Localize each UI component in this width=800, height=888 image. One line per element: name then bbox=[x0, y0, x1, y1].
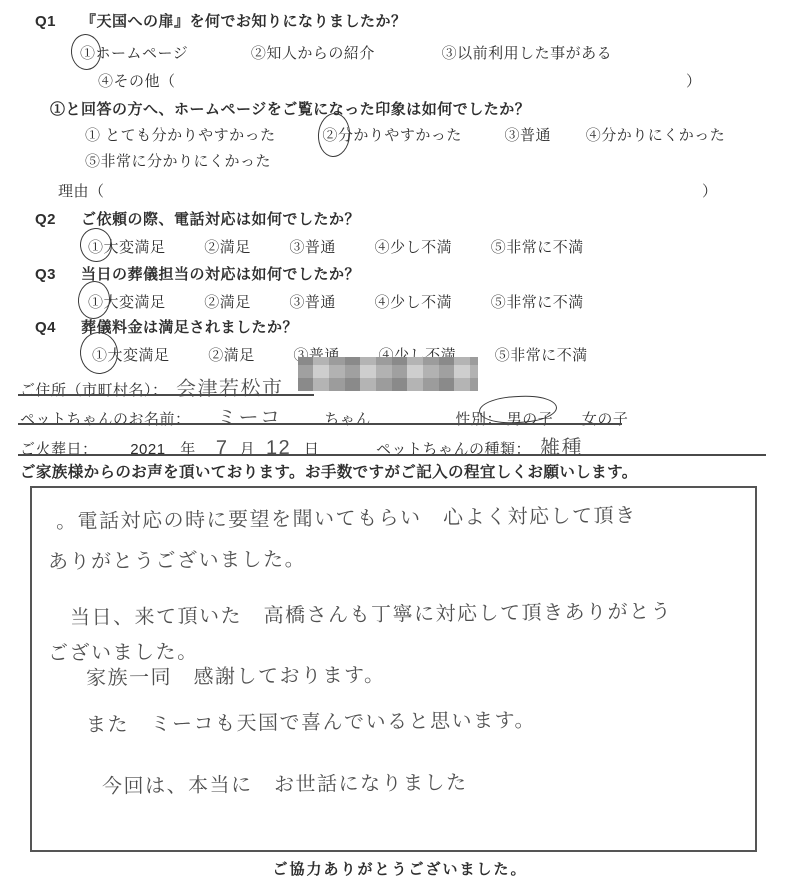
comment-line-1: 。電話対応の時に要望を聞いてもらい 心よく対応して頂き bbox=[56, 499, 637, 534]
q3-answer-circle bbox=[76, 279, 112, 320]
q2-options-row: ①大変満足 ②満足 ③普通 ④少し不満 ⑤非常に不満 bbox=[88, 236, 584, 257]
q2-option-3: ③普通 bbox=[289, 236, 336, 257]
address-row: ご住所（市町村名）： 会津若松市 bbox=[20, 372, 284, 401]
address-label: ご住所（市町村名）： bbox=[20, 382, 168, 399]
survey-scan-page: Q1『天国への扉』を何でお知りになりましたか？ ①ホームページ ②知人からの紹介… bbox=[0, 0, 800, 888]
cremation-month-handwritten: 7 bbox=[216, 437, 229, 460]
q4-option-5: ⑤非常に不満 bbox=[495, 344, 588, 365]
q1-option-3: ③以前利用した事がある bbox=[442, 42, 613, 63]
pet-name-handwritten: ミーコ bbox=[217, 401, 282, 431]
comment-line-5: 家族一同 感謝しております。 bbox=[86, 658, 386, 690]
q3-option-5: ⑤非常に不満 bbox=[491, 291, 584, 312]
q1-option-2: ②知人からの紹介 bbox=[251, 42, 375, 63]
q2-answer-circle bbox=[78, 226, 113, 263]
comment-line-6: また ミーコも天国で喜んでいると思います。 bbox=[86, 704, 536, 738]
q1b-option-3: ③普通 bbox=[505, 124, 552, 145]
address-redaction-blur bbox=[298, 357, 478, 391]
q3-option-2: ②満足 bbox=[204, 291, 251, 312]
comment-line-2: ありがとうございました。 bbox=[48, 543, 306, 575]
q1-options-row1: ①ホームページ ②知人からの紹介 ③以前利用した事がある bbox=[80, 42, 612, 63]
q4-question: 葬儀料金は満足されましたか？ bbox=[81, 319, 298, 336]
q1-question: 『天国への扉』を何でお知りになりましたか？ bbox=[81, 13, 407, 30]
q3-option-4: ④少し不満 bbox=[375, 291, 453, 312]
comment-line-3: 当日、来て頂いた 高橋さんも丁寧に対応して頂きありがとう bbox=[70, 595, 672, 630]
q4-heading: Q4葬儀料金は満足されましたか？ bbox=[35, 316, 298, 337]
pet-name-label: ペットちゃんのお名前： bbox=[20, 411, 191, 428]
cremation-day-handwritten: 12 bbox=[266, 437, 291, 460]
q2-option-4: ④少し不満 bbox=[375, 236, 453, 257]
q1b-option-5-row: ⑤非常に分かりにくかった bbox=[85, 150, 271, 171]
pet-row-underline bbox=[18, 423, 622, 425]
q3-number: Q3 bbox=[35, 266, 81, 283]
q2-option-2: ②満足 bbox=[204, 236, 251, 257]
comment-box: 。電話対応の時に要望を聞いてもらい 心よく対応して頂き ありがとうございました。… bbox=[30, 486, 757, 852]
q3-question: 当日の葬儀担当の対応は如何でしたか？ bbox=[81, 266, 360, 283]
comment-line-7: 今回は、本当に お世話になりました bbox=[102, 766, 468, 799]
q2-heading: Q2ご依頼の際、電話対応は如何でしたか？ bbox=[35, 208, 360, 229]
q3-options-row: ①大変満足 ②満足 ③普通 ④少し不満 ⑤非常に不満 bbox=[88, 291, 584, 312]
q1-number: Q1 bbox=[35, 13, 81, 30]
q2-number: Q2 bbox=[35, 211, 81, 228]
q2-option-5: ⑤非常に不満 bbox=[491, 236, 584, 257]
reason-close-paren: ） bbox=[702, 180, 717, 201]
q4-option-2: ②満足 bbox=[208, 344, 255, 365]
q4-number: Q4 bbox=[35, 319, 81, 336]
q1b-option-1: ① とても分かりやすかった bbox=[85, 124, 276, 145]
address-value-handwritten: 会津若松市 bbox=[176, 371, 284, 401]
q1b-options-row: ① とても分かりやすかった ②分かりやすかった ③普通 ④分かりにくかった bbox=[85, 124, 725, 145]
reason-row: 理由（ bbox=[58, 180, 105, 201]
reason-label: 理由（ bbox=[58, 183, 105, 200]
q1-option-4: ④その他（ bbox=[98, 73, 176, 90]
q1b-option-4: ④分かりにくかった bbox=[586, 124, 726, 145]
family-voice-notice: ご家族様からのお声を頂いております。お手数ですがご記入の程宜しくお願いします。 bbox=[20, 460, 638, 482]
family-voice-notice-text: ご家族様からのお声を頂いております。お手数ですがご記入の程宜しくお願いします。 bbox=[20, 464, 638, 481]
q1b-intro-text: ①と回答の方へ、ホームページをご覧になった印象は如何でしたか？ bbox=[50, 101, 530, 118]
q3-option-3: ③普通 bbox=[289, 291, 336, 312]
q1b-intro: ①と回答の方へ、ホームページをご覧になった印象は如何でしたか？ bbox=[50, 98, 530, 119]
footer-thanks: ご協力ありがとうございました。 bbox=[0, 858, 800, 879]
gender-option-female: 女の子 bbox=[582, 411, 629, 428]
q1-other-close-paren: ） bbox=[686, 70, 701, 91]
pet-name-suffix: ちゃん bbox=[324, 411, 371, 428]
q1-option-other: ④その他（ bbox=[98, 70, 176, 91]
address-underline bbox=[18, 394, 314, 396]
q1-heading: Q1『天国への扉』を何でお知りになりましたか？ bbox=[35, 10, 407, 31]
cremation-row-underline bbox=[18, 454, 766, 456]
q1b-option-5: ⑤非常に分かりにくかった bbox=[85, 153, 271, 170]
q2-question: ご依頼の際、電話対応は如何でしたか？ bbox=[81, 211, 360, 228]
footer-thanks-text: ご協力ありがとうございました。 bbox=[272, 861, 527, 878]
q1-answer-circle bbox=[69, 33, 103, 72]
q3-heading: Q3当日の葬儀担当の対応は如何でしたか？ bbox=[35, 263, 360, 284]
